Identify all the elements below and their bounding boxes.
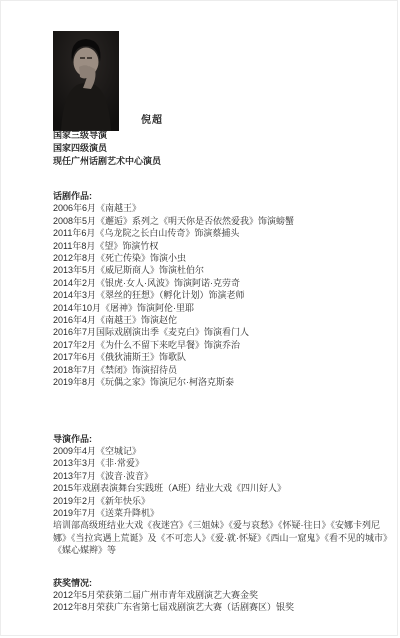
- work-item: 2013年5月《威尼斯商人》饰演杜伯尔: [53, 264, 391, 276]
- work-item: 2011年6月《乌龙院之长白山传奇》饰演蔡捕头: [53, 227, 391, 239]
- work-item: 2016年7月国际戏剧演出季《麦克白》饰演看门人: [53, 326, 391, 338]
- person-name: 倪超: [141, 111, 163, 126]
- profile-photo: [53, 31, 119, 131]
- work-item: 2014年10月《屠神》饰演阿伦·里耶: [53, 302, 391, 314]
- profile-header: 倪超 国家三级导演国家四级演员现任广州话剧艺术中心演员: [1, 1, 397, 168]
- credential-line: 国家三级导演: [53, 129, 161, 142]
- work-item: 2017年6月《俄狄浦斯王》饰歌队: [53, 351, 391, 363]
- work-item: 2018年7月《禁闭》饰演招待员: [53, 364, 391, 376]
- work-item: 2019年7月《送菜升降机》: [53, 507, 391, 519]
- work-item: 2012年8月《死亡传染》饰演小虫: [53, 252, 391, 264]
- credentials: 国家三级导演国家四级演员现任广州话剧艺术中心演员: [53, 129, 161, 168]
- work-item: 2009年4月《空城记》: [53, 445, 391, 457]
- work-item: 2014年3月《翠丝的狂想》（孵化计划）饰演老师: [53, 289, 391, 301]
- bio-body: 话剧作品: 2006年6月《南越王》2008年5月《邂逅》系列之《明天你是否依然…: [53, 190, 391, 614]
- work-item: 2013年7月《波音·波音》: [53, 470, 391, 482]
- section-heading-directing-works: 导演作品:: [53, 433, 391, 445]
- award-item: 2012年5月荣获第二届广州市青年戏剧演艺大赛金奖: [53, 589, 391, 601]
- work-item: 2006年6月《南越王》: [53, 202, 391, 214]
- section-directing-works: 导演作品: 2009年4月《空城记》2013年3月《非·常爱》2013年7月《波…: [53, 433, 391, 557]
- work-item: 2016年4月《南越王》饰演赵佗: [53, 314, 391, 326]
- portrait-silhouette-image: [53, 31, 119, 131]
- credential-line: 现任广州话剧艺术中心演员: [53, 155, 161, 168]
- work-item: 2019年2月《新年快乐》: [53, 495, 391, 507]
- award-item: 2012年8月荣获广东省第七届戏剧演艺大赛（话剧赛区）银奖: [53, 601, 391, 613]
- work-item: 2019年8月《玩偶之家》饰演尼尔·柯洛克斯泰: [53, 376, 391, 388]
- work-item: 2015年戏剧表演舞台实践班（A班）结业大戏《四川好人》: [53, 482, 391, 494]
- credential-line: 国家四级演员: [53, 142, 161, 155]
- directing-works-list: 2009年4月《空城记》2013年3月《非·常爱》2013年7月《波音·波音》2…: [53, 445, 391, 557]
- section-drama-works: 话剧作品: 2006年6月《南越王》2008年5月《邂逅》系列之《明天你是否依然…: [53, 190, 391, 389]
- work-item: 2017年2月《为什么不留下来吃早餐》饰演乔治: [53, 339, 391, 351]
- work-item: 2008年5月《邂逅》系列之《明天你是否依然爱我》饰演螃蟹: [53, 215, 391, 227]
- awards-list: 2012年5月荣获第二届广州市青年戏剧演艺大赛金奖2012年8月荣获广东省第七届…: [53, 589, 391, 614]
- work-item: 培训部高级班结业大戏《夜迷宫》《三姐妹》《爱与哀愁》《怀疑·往日》《安娜卡列尼娜…: [53, 519, 391, 556]
- work-item: 2014年2月《银虎·女人·风波》饰演阿诺·克劳奇: [53, 277, 391, 289]
- work-item: 2013年3月《非·常爱》: [53, 457, 391, 469]
- drama-works-list: 2006年6月《南越王》2008年5月《邂逅》系列之《明天你是否依然爱我》饰演螃…: [53, 202, 391, 388]
- profile-page: 倪超 国家三级导演国家四级演员现任广州话剧艺术中心演员 话剧作品: 2006年6…: [0, 0, 398, 636]
- section-heading-awards: 获奖情况:: [53, 577, 391, 589]
- section-heading-drama-works: 话剧作品:: [53, 190, 391, 202]
- work-item: 2011年8月《望》饰演竹权: [53, 240, 391, 252]
- section-awards: 获奖情况: 2012年5月荣获第二届广州市青年戏剧演艺大赛金奖2012年8月荣获…: [53, 577, 391, 614]
